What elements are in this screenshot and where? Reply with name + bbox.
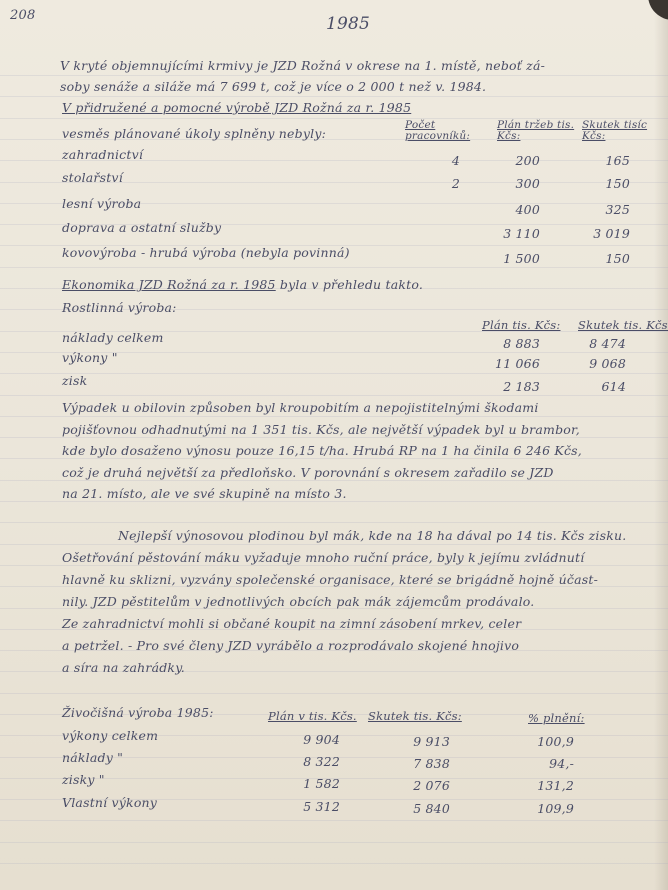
econ-row-actual: 614 <box>570 379 626 394</box>
col-plan-revenue: Plán tržeb tis. Kčs: <box>497 120 575 142</box>
side-production-intro: vesměs plánované úkoly splněny nebyly: <box>62 126 326 141</box>
ruled-line <box>0 693 668 694</box>
side-row-label: doprava a ostatní služby <box>62 220 221 235</box>
econ-row-label: náklady celkem <box>62 330 164 345</box>
ruled-line <box>0 842 668 843</box>
econ-row-label: výkony " <box>62 350 118 365</box>
livestock-row-plan: 5 312 <box>290 799 340 814</box>
side-row-workers: 4 <box>430 153 460 168</box>
livestock-row-pct: 131,2 <box>530 778 574 793</box>
ruled-line <box>0 522 668 523</box>
econ-row-actual: 9 068 <box>570 356 626 371</box>
livestock-col-actual: Skutek tis. Kčs: <box>368 709 462 723</box>
side-row-workers: 2 <box>430 176 460 191</box>
paragraph-line: pojišťovnou odhadnutými na 1 351 tis. Kč… <box>62 422 580 437</box>
paragraph-line: což je druhá největší za předloňsko. V p… <box>62 465 554 480</box>
livestock-row-actual: 2 076 <box>400 778 450 793</box>
paragraph-line: a síra na zahrádky. <box>62 660 185 675</box>
paragraph-line: Výpadek u obilovin způsoben byl kroupobi… <box>62 400 539 415</box>
livestock-row-pct: 100,9 <box>530 734 574 749</box>
paragraph-line: a petržel. - Pro své členy JZD vyrábělo … <box>62 638 519 653</box>
side-row-label: stolařství <box>62 170 123 185</box>
ruled-line <box>0 395 668 396</box>
econ-row-label: zisk <box>62 373 87 388</box>
livestock-row-plan: 8 322 <box>290 754 340 769</box>
paragraph-line: nily. JZD pěstitelům v jednotlivých obcí… <box>62 594 534 609</box>
livestock-row-label: Vlastní výkony <box>62 795 157 810</box>
side-production-heading: V přidružené a pomocné výrobě JZD Rožná … <box>62 100 411 115</box>
side-row-label: kovovýroba - hrubá výroba (nebyla povinn… <box>62 245 350 260</box>
livestock-row-plan: 1 582 <box>290 776 340 791</box>
paragraph-line: kde bylo dosaženo výnosu pouze 16,15 t/h… <box>62 443 582 458</box>
intro-line-1: V kryté objemnujícími krmivy je JZD Rožn… <box>60 58 545 73</box>
ruled-line <box>0 267 668 268</box>
livestock-col-plan: Plán v tis. Kčs. <box>268 709 357 723</box>
livestock-row-pct: 94,- <box>530 756 574 771</box>
side-row-label: lesní výroba <box>62 196 141 211</box>
col-workers: Počet pracovníků: <box>405 120 485 142</box>
economics-heading: Ekonomika JZD Rožná za r. 1985 <box>62 277 276 292</box>
livestock-row-actual: 5 840 <box>400 801 450 816</box>
livestock-row-pct: 109,9 <box>530 801 574 816</box>
ruled-line <box>0 75 668 76</box>
livestock-row-label: zisky " <box>62 772 105 787</box>
paragraph-line: Ošetřování pěstování máku vyžaduje mnoho… <box>62 550 584 565</box>
side-row-actual: 165 <box>580 153 630 168</box>
ruled-line <box>0 373 668 374</box>
side-row-plan: 300 <box>490 176 540 191</box>
handwritten-chronicle-page: 208 1985 V kryté objemnujícími krmivy je… <box>0 0 668 890</box>
side-row-plan: 200 <box>490 153 540 168</box>
side-row-actual: 150 <box>580 251 630 266</box>
page-number: 208 <box>10 8 35 23</box>
intro-line-2: soby senáže a siláže má 7 699 t, což je … <box>60 79 486 94</box>
ruled-line <box>0 501 668 502</box>
econ-row-actual: 8 474 <box>570 336 626 351</box>
side-row-plan: 400 <box>490 202 540 217</box>
economics-subheading: Rostlinná výroba: <box>62 300 177 315</box>
ruled-line <box>0 820 668 821</box>
econ-row-plan: 2 183 <box>480 379 540 394</box>
livestock-row-actual: 9 913 <box>400 734 450 749</box>
col-actual-revenue: Skutek tisíc Kčs: <box>582 120 658 142</box>
livestock-row-actual: 7 838 <box>400 756 450 771</box>
livestock-row-label: výkony celkem <box>62 728 158 743</box>
ruled-line <box>0 96 668 97</box>
economics-heading-wrap: Ekonomika JZD Rožná za r. 1985 byla v př… <box>62 277 423 292</box>
livestock-col-pct: % plnění: <box>528 711 585 725</box>
livestock-row-plan: 9 904 <box>290 732 340 747</box>
econ-col-plan: Plán tis. Kčs: <box>482 318 560 332</box>
ruled-line <box>0 544 668 545</box>
side-row-actual: 150 <box>580 176 630 191</box>
ruled-line <box>0 565 668 566</box>
side-row-plan: 1 500 <box>490 251 540 266</box>
side-row-plan: 3 110 <box>490 226 540 241</box>
paragraph-line: Nejlepší výnosovou plodinou byl mák, kde… <box>118 528 626 543</box>
ruled-line <box>0 437 668 438</box>
ruled-line <box>0 416 668 417</box>
paragraph-line: Ze zahradnictví mohli si občané koupit n… <box>62 616 521 631</box>
econ-row-plan: 11 066 <box>480 356 540 371</box>
paragraph-line: na 21. místo, ale ve své skupině na míst… <box>62 486 347 501</box>
ruled-line <box>0 480 668 481</box>
ruled-line <box>0 863 668 864</box>
page-corner-shadow <box>648 0 668 20</box>
livestock-heading: Živočišná výroba 1985: <box>62 705 214 720</box>
econ-row-plan: 8 883 <box>480 336 540 351</box>
econ-col-actual: Skutek tis. Kčs: <box>578 318 668 332</box>
livestock-row-label: náklady " <box>62 750 123 765</box>
side-row-actual: 325 <box>580 202 630 217</box>
year-heading: 1985 <box>326 14 370 34</box>
paragraph-line: hlavně ku sklizni, vyzvány společenské o… <box>62 572 598 587</box>
economics-heading-suffix: byla v přehledu takto. <box>280 277 423 292</box>
side-row-actual: 3 019 <box>580 226 630 241</box>
ruled-line <box>0 458 668 459</box>
side-row-label: zahradnictví <box>62 147 143 162</box>
